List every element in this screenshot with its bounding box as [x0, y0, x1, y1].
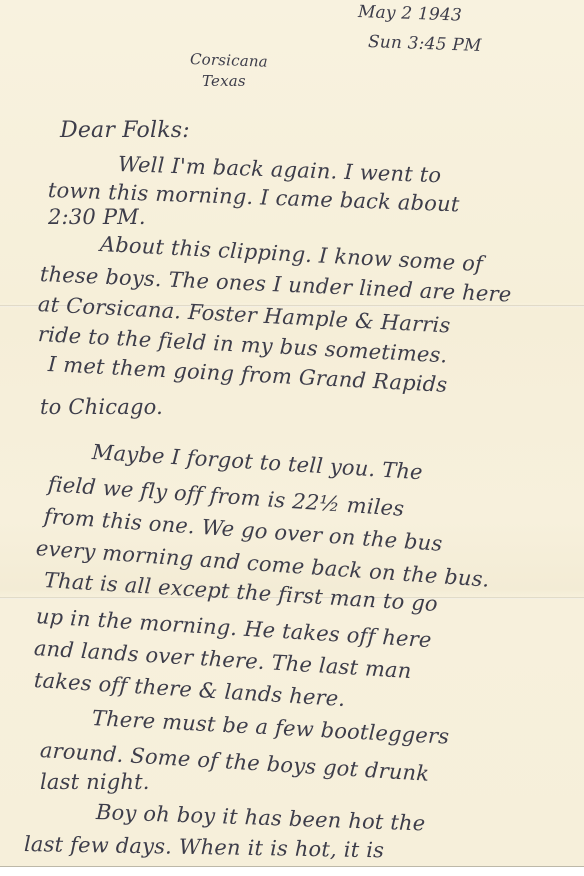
- letter-day-time: Sun 3:45 PM: [368, 32, 482, 56]
- letter-line: 2:30 PM.: [48, 205, 146, 229]
- letter-place-city: Corsicana: [190, 50, 269, 71]
- letter-place-state: Texas: [202, 72, 246, 90]
- letter-salutation: Dear Folks:: [60, 118, 190, 143]
- letter-line: last few days. When it is hot, it is: [24, 832, 385, 862]
- letter-line: Boy oh boy it has been hot the: [96, 800, 426, 835]
- letter-line: to Chicago.: [40, 395, 163, 419]
- letter-date: May 2 1943: [358, 2, 463, 26]
- letter-line: last night.: [40, 770, 150, 794]
- letter-line: There must be a few bootleggers: [91, 706, 449, 749]
- letter-page: May 2 1943 Sun 3:45 PM Corsicana Texas D…: [0, 0, 584, 867]
